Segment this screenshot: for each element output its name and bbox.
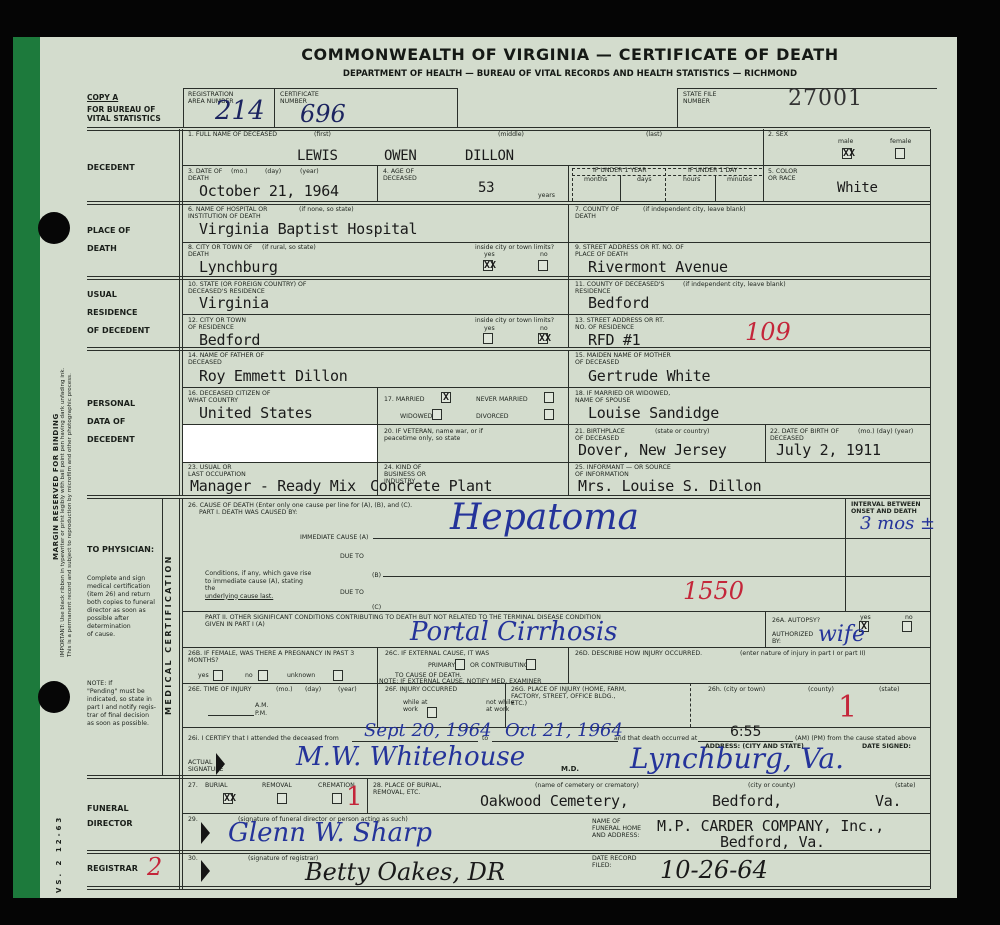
rule xyxy=(183,88,184,128)
married-label: MARRIED xyxy=(396,396,425,403)
rule xyxy=(665,168,666,201)
pregnancy-yes-label: yes xyxy=(198,672,209,679)
divorced-label: DIVORCED xyxy=(476,413,509,420)
md-label: M.D. xyxy=(561,766,579,773)
injury-city-label: 26h. (city or town) xyxy=(708,686,765,693)
father-value: Roy Emmett Dillon xyxy=(199,367,347,385)
county-of-death-label: 7. COUNTY OF DEATH xyxy=(575,206,635,220)
rule xyxy=(377,647,378,727)
arrow-icon xyxy=(201,860,210,882)
business-value: Concrete Plant xyxy=(370,477,492,495)
rule xyxy=(620,175,621,201)
note-line: "Pending" must be xyxy=(87,688,162,696)
age-value: 53 xyxy=(478,180,494,196)
dob-hint: (mo.) (day) (year) xyxy=(858,428,913,435)
residence-city-label: 12. CITY OR TOWN OF RESIDENCE xyxy=(188,317,248,331)
informant-value: Mrs. Louise S. Dillon xyxy=(578,477,761,495)
mo-header: (mo.) xyxy=(231,168,248,175)
married-checkbox[interactable]: X xyxy=(441,392,451,403)
rule xyxy=(690,683,691,727)
part1-label: PART I. DEATH WAS CAUSED BY: xyxy=(199,509,297,516)
am-label: A.M. xyxy=(255,702,268,709)
minutes-label: minutes xyxy=(727,176,752,183)
rule xyxy=(383,576,845,577)
rule xyxy=(274,88,275,128)
injury-how-hint: (enter nature of injury in part I or par… xyxy=(740,650,866,657)
hours-label: hours xyxy=(683,176,700,183)
months-label: months xyxy=(584,176,607,183)
rule xyxy=(765,611,766,647)
note-line: as soon as possible. xyxy=(87,720,162,728)
full-name-label-text: 1. FULL NAME OF DECEASED xyxy=(188,131,277,138)
pregnancy-no-checkbox[interactable] xyxy=(258,670,268,681)
pm-label: P.M. xyxy=(255,710,267,717)
injury-state-header: (state) xyxy=(879,686,900,693)
pregnancy-unknown-label: unknown xyxy=(287,672,315,679)
mother-label: 15. MAIDEN NAME OF MOTHER OF DECEASED xyxy=(575,352,675,366)
years-label: years xyxy=(538,192,555,199)
immediate-cause-value: Hepatoma xyxy=(450,497,639,538)
date-of-death-label: 3. DATE OF DEATH xyxy=(188,168,228,182)
note-line: trar of final decision xyxy=(87,712,162,720)
autopsy-no-checkbox[interactable] xyxy=(902,621,912,632)
note-line: underlying cause last. xyxy=(205,593,315,601)
note-line: indicated, so state in xyxy=(87,696,162,704)
disposition-red-mark: 1 xyxy=(346,782,363,812)
external-cause-label: 26c. IF EXTERNAL CAUSE, IT WAS xyxy=(385,650,489,657)
dob-value: July 2, 1911 xyxy=(776,441,881,459)
contributing-checkbox[interactable] xyxy=(526,659,536,670)
conditions-note: Conditions, if any, which gave rise to i… xyxy=(205,570,315,600)
primary-label: PRIMARY xyxy=(428,662,455,669)
pregnancy-yes-checkbox[interactable] xyxy=(213,670,223,681)
cemetery-state-header: (state) xyxy=(895,782,916,789)
rule xyxy=(87,850,930,854)
male-checkbox[interactable]: XX xyxy=(842,148,852,159)
veteran-label: 20. IF VETERAN, name war, or if peacetim… xyxy=(384,428,494,442)
rule xyxy=(845,538,930,539)
rule xyxy=(183,242,930,243)
city-of-death-hint: (if rural, so state) xyxy=(262,244,316,251)
residence-inside-limits-yes-checkbox[interactable] xyxy=(483,333,493,344)
section-personal-data-2: DATA OF xyxy=(87,413,125,431)
rule xyxy=(87,347,930,351)
rule xyxy=(457,88,458,128)
pregnancy-no-label: no xyxy=(245,672,253,679)
cremation-checkbox[interactable] xyxy=(332,793,342,804)
pregnancy-unknown-checkbox[interactable] xyxy=(333,670,343,681)
burial-label: BURIAL xyxy=(205,782,228,789)
rule xyxy=(677,88,678,128)
physician-address-value: Lynchburg, Va. xyxy=(630,742,844,775)
birthplace-value: Dover, New Jersey xyxy=(578,441,726,459)
binding-margin-title: MARGIN RESERVED FOR BINDING xyxy=(52,413,60,560)
instruction-line: of cause. xyxy=(87,631,162,639)
removal-label: REMOVAL xyxy=(262,782,292,789)
first-name-header: (first) xyxy=(314,131,331,138)
note-line: part I and notify regis- xyxy=(87,704,162,712)
last-name-header: (last) xyxy=(646,131,662,138)
burial-checkbox[interactable]: XX xyxy=(223,793,233,804)
mother-value: Gertrude White xyxy=(588,367,710,385)
date-of-death-value: October 21, 1964 xyxy=(199,182,339,200)
yes-label: yes xyxy=(484,251,495,258)
age-label: 4. AGE OF DECEASED xyxy=(383,168,433,182)
instruction-line: medical certification xyxy=(87,583,162,591)
yes-label: yes xyxy=(484,325,495,332)
immediate-cause-label: IMMEDIATE CAUSE (A) xyxy=(300,534,368,541)
residence-county-hint: (if independent city, leave blank) xyxy=(683,281,786,288)
sex-label: 2. SEX xyxy=(768,131,788,138)
hospital-hint: (if none, so state) xyxy=(299,206,354,213)
day-header: (day) xyxy=(305,686,321,693)
external-cause-note: NOTE: IF EXTERNAL CAUSE, NOTIFY MED. EXA… xyxy=(379,678,541,685)
instruction-line: (item 26) and return xyxy=(87,591,162,599)
divorced-checkbox[interactable] xyxy=(544,409,554,420)
section-personal-data-3: DECEDENT xyxy=(87,431,135,449)
rule xyxy=(845,499,846,611)
funeral-home-label: NAME OF FUNERAL HOME AND ADDRESS: xyxy=(592,818,642,840)
cemetery-city-header: (city or county) xyxy=(748,782,795,789)
year-header: (year) xyxy=(300,168,319,175)
instruction-line: director as soon as xyxy=(87,607,162,615)
binder-hole xyxy=(38,681,70,713)
authorized-by-label: AUTHORIZED BY: xyxy=(772,631,807,645)
days-label: days xyxy=(637,176,652,183)
street-of-death-value: Rivermont Avenue xyxy=(588,258,728,276)
binder-hole xyxy=(38,212,70,244)
residence-county-value: Bedford xyxy=(588,294,649,312)
rule xyxy=(87,201,930,205)
rule xyxy=(183,813,930,814)
residence-street-label: 13. STREET ADDRESS OR RT. NO. OF RESIDEN… xyxy=(575,317,665,331)
rule xyxy=(183,165,930,166)
redacted-area xyxy=(183,425,377,462)
rule xyxy=(845,576,930,577)
middle-name-header: (middle) xyxy=(498,131,524,138)
instruction-line: possible after xyxy=(87,615,162,623)
pregnancy-label: 26b. IF FEMALE, WAS THERE A PREGNANCY IN… xyxy=(188,650,358,664)
residence-inside-limits-no-checkbox[interactable]: XX xyxy=(538,333,548,344)
rule xyxy=(183,611,930,612)
rule xyxy=(568,647,569,683)
section-place-of-death: PLACE OF xyxy=(87,222,131,240)
rule xyxy=(183,462,930,463)
rule xyxy=(568,165,569,202)
rule xyxy=(572,168,573,201)
cemetery-city-value: Bedford, xyxy=(712,792,782,810)
first-name-value: LEWIS xyxy=(297,148,338,164)
certificate-number-value: 696 xyxy=(300,100,346,128)
rule xyxy=(87,276,930,280)
color-label: 5. COLOR OR RACE xyxy=(768,168,808,182)
contributing-label: or CONTRIBUTING xyxy=(470,662,529,669)
note-line: NOTE: If xyxy=(87,680,162,688)
section-personal-data: PERSONAL xyxy=(87,395,135,413)
cemetery-header: (name of cemetery or crematory) xyxy=(535,782,639,789)
city-of-death-value: Lynchburg xyxy=(199,258,278,276)
never-married-label: NEVER MARRIED xyxy=(476,396,528,403)
last-name-value: DILLON xyxy=(465,148,514,164)
city-of-death-label: 8. CITY OR TOWN OF DEATH xyxy=(188,244,258,258)
rule xyxy=(715,175,716,201)
rule xyxy=(87,775,930,779)
no-label: no xyxy=(540,251,548,258)
attended-from-value: Sept 20, 1964 xyxy=(364,720,492,741)
autopsy-label: 26a. AUTOPSY? xyxy=(772,617,820,624)
due-to-label: DUE TO xyxy=(340,553,364,560)
street-of-death-label: 9. STREET ADDRESS OR RT. NO. OF PLACE OF… xyxy=(575,244,705,258)
certificate-subtitle: DEPARTMENT OF HEALTH — BUREAU OF VITAL R… xyxy=(180,69,960,79)
removal-checkbox[interactable] xyxy=(277,793,287,804)
while-at-work-checkbox[interactable] xyxy=(427,707,437,718)
rule xyxy=(568,351,569,495)
state-file-value: 27001 xyxy=(788,86,863,111)
rule xyxy=(208,715,254,716)
full-name-label: 1. FULL NAME OF DECEASED xyxy=(188,131,277,138)
death-inside-limits-no-checkbox[interactable] xyxy=(538,260,548,271)
residence-red-annotation: 109 xyxy=(745,318,791,346)
part2-value: Portal Cirrhosis xyxy=(410,617,618,647)
section-decedent: DECEDENT xyxy=(87,159,135,177)
citizen-value: United States xyxy=(199,404,313,422)
rule xyxy=(377,165,378,202)
cemetery-value: Oakwood Cemetery, xyxy=(480,792,628,810)
middle-name-value: OWEN xyxy=(384,148,417,164)
form-code: VS. 2 12-63 xyxy=(55,815,63,893)
binding-strip xyxy=(13,37,40,898)
state-file-label: STATE FILE NUMBER xyxy=(683,91,723,105)
residence-inside-limits-label: inside city or town limits? xyxy=(475,317,554,324)
interval-value: 3 mos ± xyxy=(860,513,935,534)
physician-instructions: Complete and sign medical certification … xyxy=(87,575,162,639)
color-value: White xyxy=(837,180,878,196)
director-signature[interactable]: Glenn W. Sharp xyxy=(228,818,432,848)
marital-label: 17. MARRIED xyxy=(384,396,424,403)
rule xyxy=(87,886,930,890)
time-of-injury-label: 26e. TIME OF INJURY xyxy=(188,686,251,693)
physician-signature[interactable]: M.W. Whitehouse xyxy=(296,742,525,772)
place-of-injury-label: 26g. PLACE OF INJURY (home, farm, factor… xyxy=(511,686,631,708)
widowed-checkbox[interactable] xyxy=(432,409,442,420)
spouse-value: Louise Sandidge xyxy=(588,404,719,422)
b-label: (B) xyxy=(372,572,381,579)
arrow-icon xyxy=(216,753,225,775)
injury-county-header: (county) xyxy=(808,686,834,693)
rule xyxy=(179,499,183,889)
no-label: no xyxy=(540,325,548,332)
date-signed-label: DATE SIGNED: xyxy=(862,743,911,750)
rule xyxy=(765,424,766,462)
registrar-num: 30. xyxy=(188,855,198,862)
injury-red-mark: 1 xyxy=(838,690,857,725)
marital-num: 17. xyxy=(384,396,394,403)
under-year-label: IF UNDER 1 YEAR xyxy=(593,167,647,174)
rule xyxy=(183,88,458,89)
rule xyxy=(183,683,930,684)
date-filed-label: DATE RECORD FILED: xyxy=(592,855,642,869)
female-checkbox[interactable] xyxy=(895,148,905,159)
due-to-label: DUE TO xyxy=(340,589,364,596)
year-header: (year) xyxy=(338,686,357,693)
important-note-line1: IMPORTANT: Use black ribbon in typewrite… xyxy=(60,368,66,657)
residence-state-value: Virginia xyxy=(199,294,269,312)
instruction-line: both copies to funeral xyxy=(87,599,162,607)
injury-how-label: 26d. DESCRIBE HOW INJURY OCCURRED. xyxy=(575,650,702,657)
rule xyxy=(183,387,930,388)
authorized-by-value: wife xyxy=(818,622,865,647)
female-label: female xyxy=(890,138,911,145)
date-filed-value: 10-26-64 xyxy=(660,856,768,884)
birthplace-hint: (state or country) xyxy=(655,428,709,435)
note-line: to immediate cause (A), stating the xyxy=(205,578,315,593)
rule xyxy=(183,647,930,648)
medical-certification-label: MEDICAL CERTIFICATION xyxy=(164,554,173,715)
section-usual-residence-2: RESIDENCE xyxy=(87,304,138,322)
citizen-label: 16. DECEASED CITIZEN OF WHAT COUNTRY xyxy=(188,390,278,404)
important-note-line2: This is a permanent record and subject t… xyxy=(67,373,73,657)
registrar-signature[interactable]: Betty Oakes, DR xyxy=(305,858,505,886)
pending-note: NOTE: If "Pending" must be indicated, so… xyxy=(87,680,162,728)
copy-label: COPY A xyxy=(87,93,118,102)
disposition-num: 27. xyxy=(188,782,198,789)
hospital-label: 6. NAME OF HOSPITAL OR INSTITUTION OF DE… xyxy=(188,206,283,220)
widowed-label: WIDOWED xyxy=(400,413,432,420)
hospital-value: Virginia Baptist Hospital xyxy=(199,220,417,238)
arrow-icon xyxy=(201,822,210,844)
funeral-home-address: Bedford, Va. xyxy=(720,833,825,851)
day-header: (day) xyxy=(265,168,281,175)
under-day-label: IF UNDER 1 DAY xyxy=(688,167,738,174)
director-sig-num: 29. xyxy=(188,816,198,823)
rule xyxy=(183,314,930,315)
section-usual-residence-3: OF DECEDENT xyxy=(87,322,150,340)
rule xyxy=(367,779,368,813)
to-physician-heading: TO PHYSICIAN: xyxy=(87,545,157,555)
cemetery-state-value: Va. xyxy=(875,792,901,810)
primary-checkbox[interactable] xyxy=(455,659,465,670)
occupation-value: Manager - Ready Mix xyxy=(190,477,356,495)
spouse-label: 18. IF MARRIED OR WIDOWED, NAME OF SPOUS… xyxy=(575,390,685,404)
rule xyxy=(763,129,764,202)
section-place-of-death-2: DEATH xyxy=(87,240,117,258)
attended-to-value: Oct 21, 1964 xyxy=(505,720,623,741)
rule xyxy=(162,499,163,775)
injury-occurred-label: 26f. INJURY OCCURRED xyxy=(385,686,457,693)
male-label: male xyxy=(838,138,853,145)
instruction-line: Complete and sign xyxy=(87,575,162,583)
registrar-red-mark: 2 xyxy=(147,853,162,881)
mo-header: (mo.) xyxy=(276,686,293,693)
copy-for-label: FOR BUREAU OF VITAL STATISTICS xyxy=(87,105,177,123)
burial-place-label: 28. PLACE OF BURIAL, REMOVAL, ETC. xyxy=(373,782,453,796)
note-line: Conditions, if any, which gave rise xyxy=(205,570,315,578)
section-registrar: REGISTRAR xyxy=(87,860,138,878)
rule xyxy=(373,538,845,539)
cause-red-code: 1550 xyxy=(683,577,744,605)
certificate-title: COMMONWEALTH OF VIRGINIA — CERTIFICATE O… xyxy=(180,45,960,64)
section-usual-residence: USUAL xyxy=(87,286,117,304)
registration-area-value: 214 xyxy=(215,96,265,126)
section-funeral-director-2: DIRECTOR xyxy=(87,815,133,833)
never-married-checkbox[interactable] xyxy=(544,392,554,403)
instruction-line: determination xyxy=(87,623,162,631)
death-inside-limits-yes-checkbox[interactable]: XX xyxy=(483,260,493,271)
county-of-death-hint: (if independent city, leave blank) xyxy=(643,206,746,213)
father-label: 14. NAME OF FATHER OF DECEASED xyxy=(188,352,268,366)
death-time-value: 6:55 xyxy=(730,724,761,740)
